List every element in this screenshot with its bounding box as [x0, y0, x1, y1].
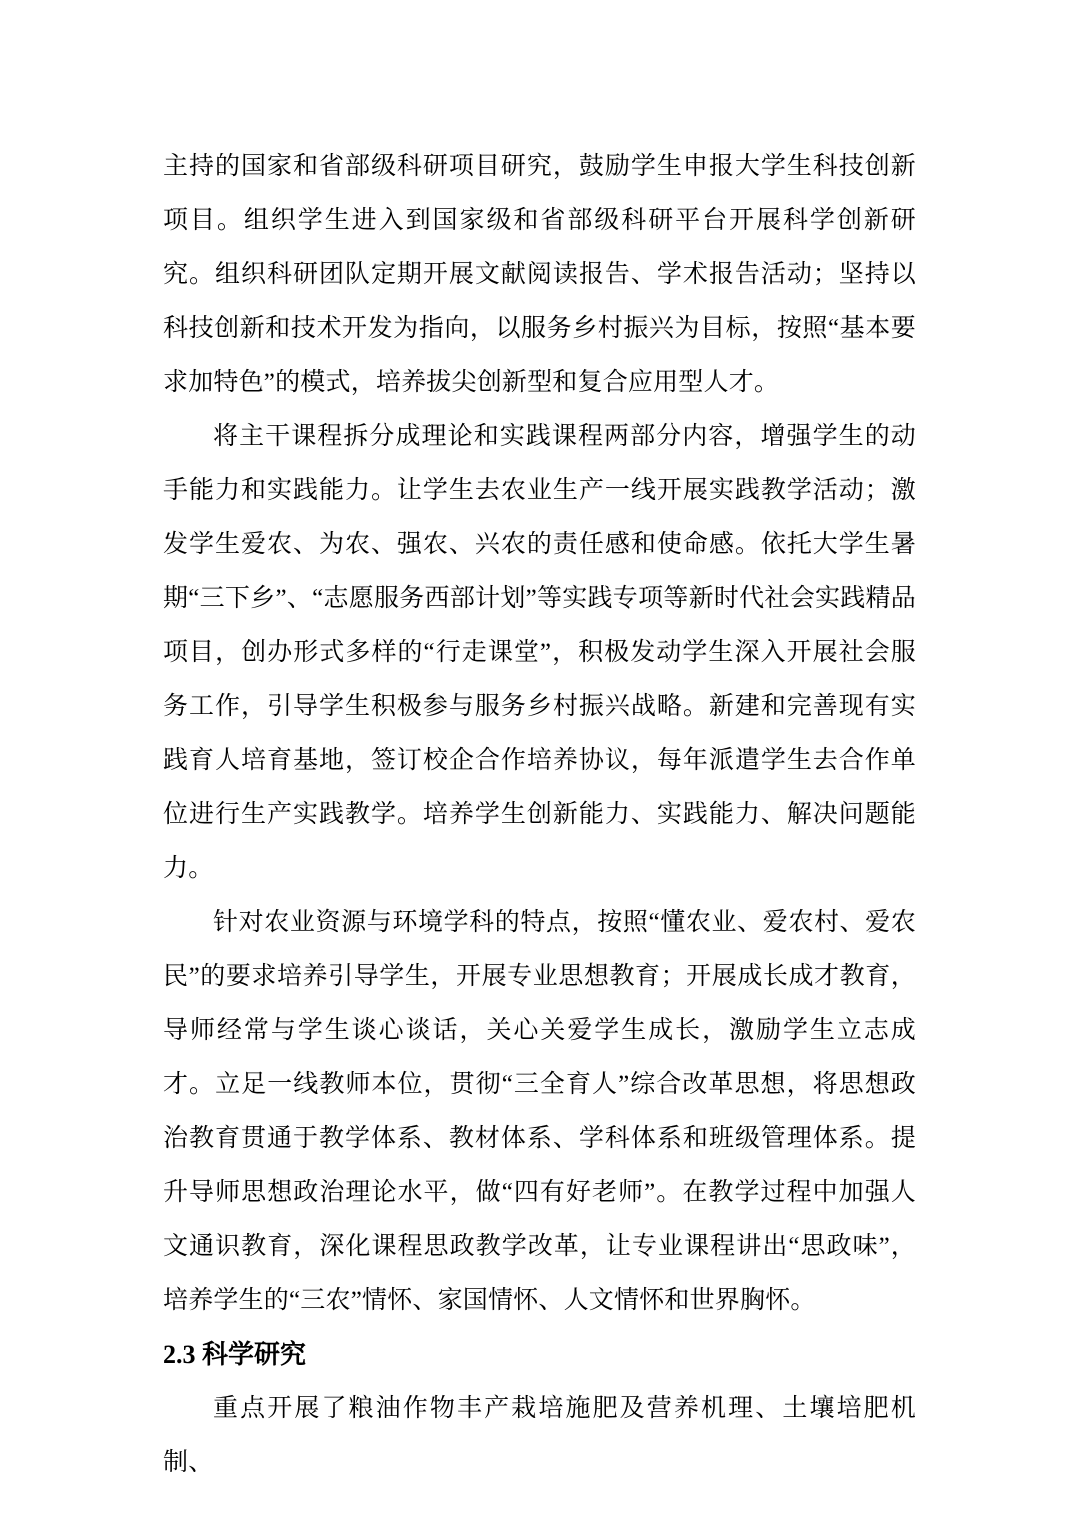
paragraph-practice-courses: 将主干课程拆分成理论和实践课程两部分内容，增强学生的动手能力和实践能力。让学生去… — [163, 410, 916, 896]
section-heading-scientific-research: 2.3 科学研究 — [163, 1328, 916, 1382]
document-page: 主持的国家和省部级科研项目研究，鼓励学生申报大学生科技创新项目。组织学生进入到国… — [0, 0, 1074, 1520]
paragraph-research-focus: 重点开展了粮油作物丰产栽培施肥及营养机理、土壤培肥机制、 — [163, 1382, 916, 1490]
paragraph-ideological-education: 针对农业资源与环境学科的特点，按照“懂农业、爱农村、爱农民”的要求培养引导学生，… — [163, 896, 916, 1328]
paragraph-continuation: 主持的国家和省部级科研项目研究，鼓励学生申报大学生科技创新项目。组织学生进入到国… — [163, 140, 916, 410]
